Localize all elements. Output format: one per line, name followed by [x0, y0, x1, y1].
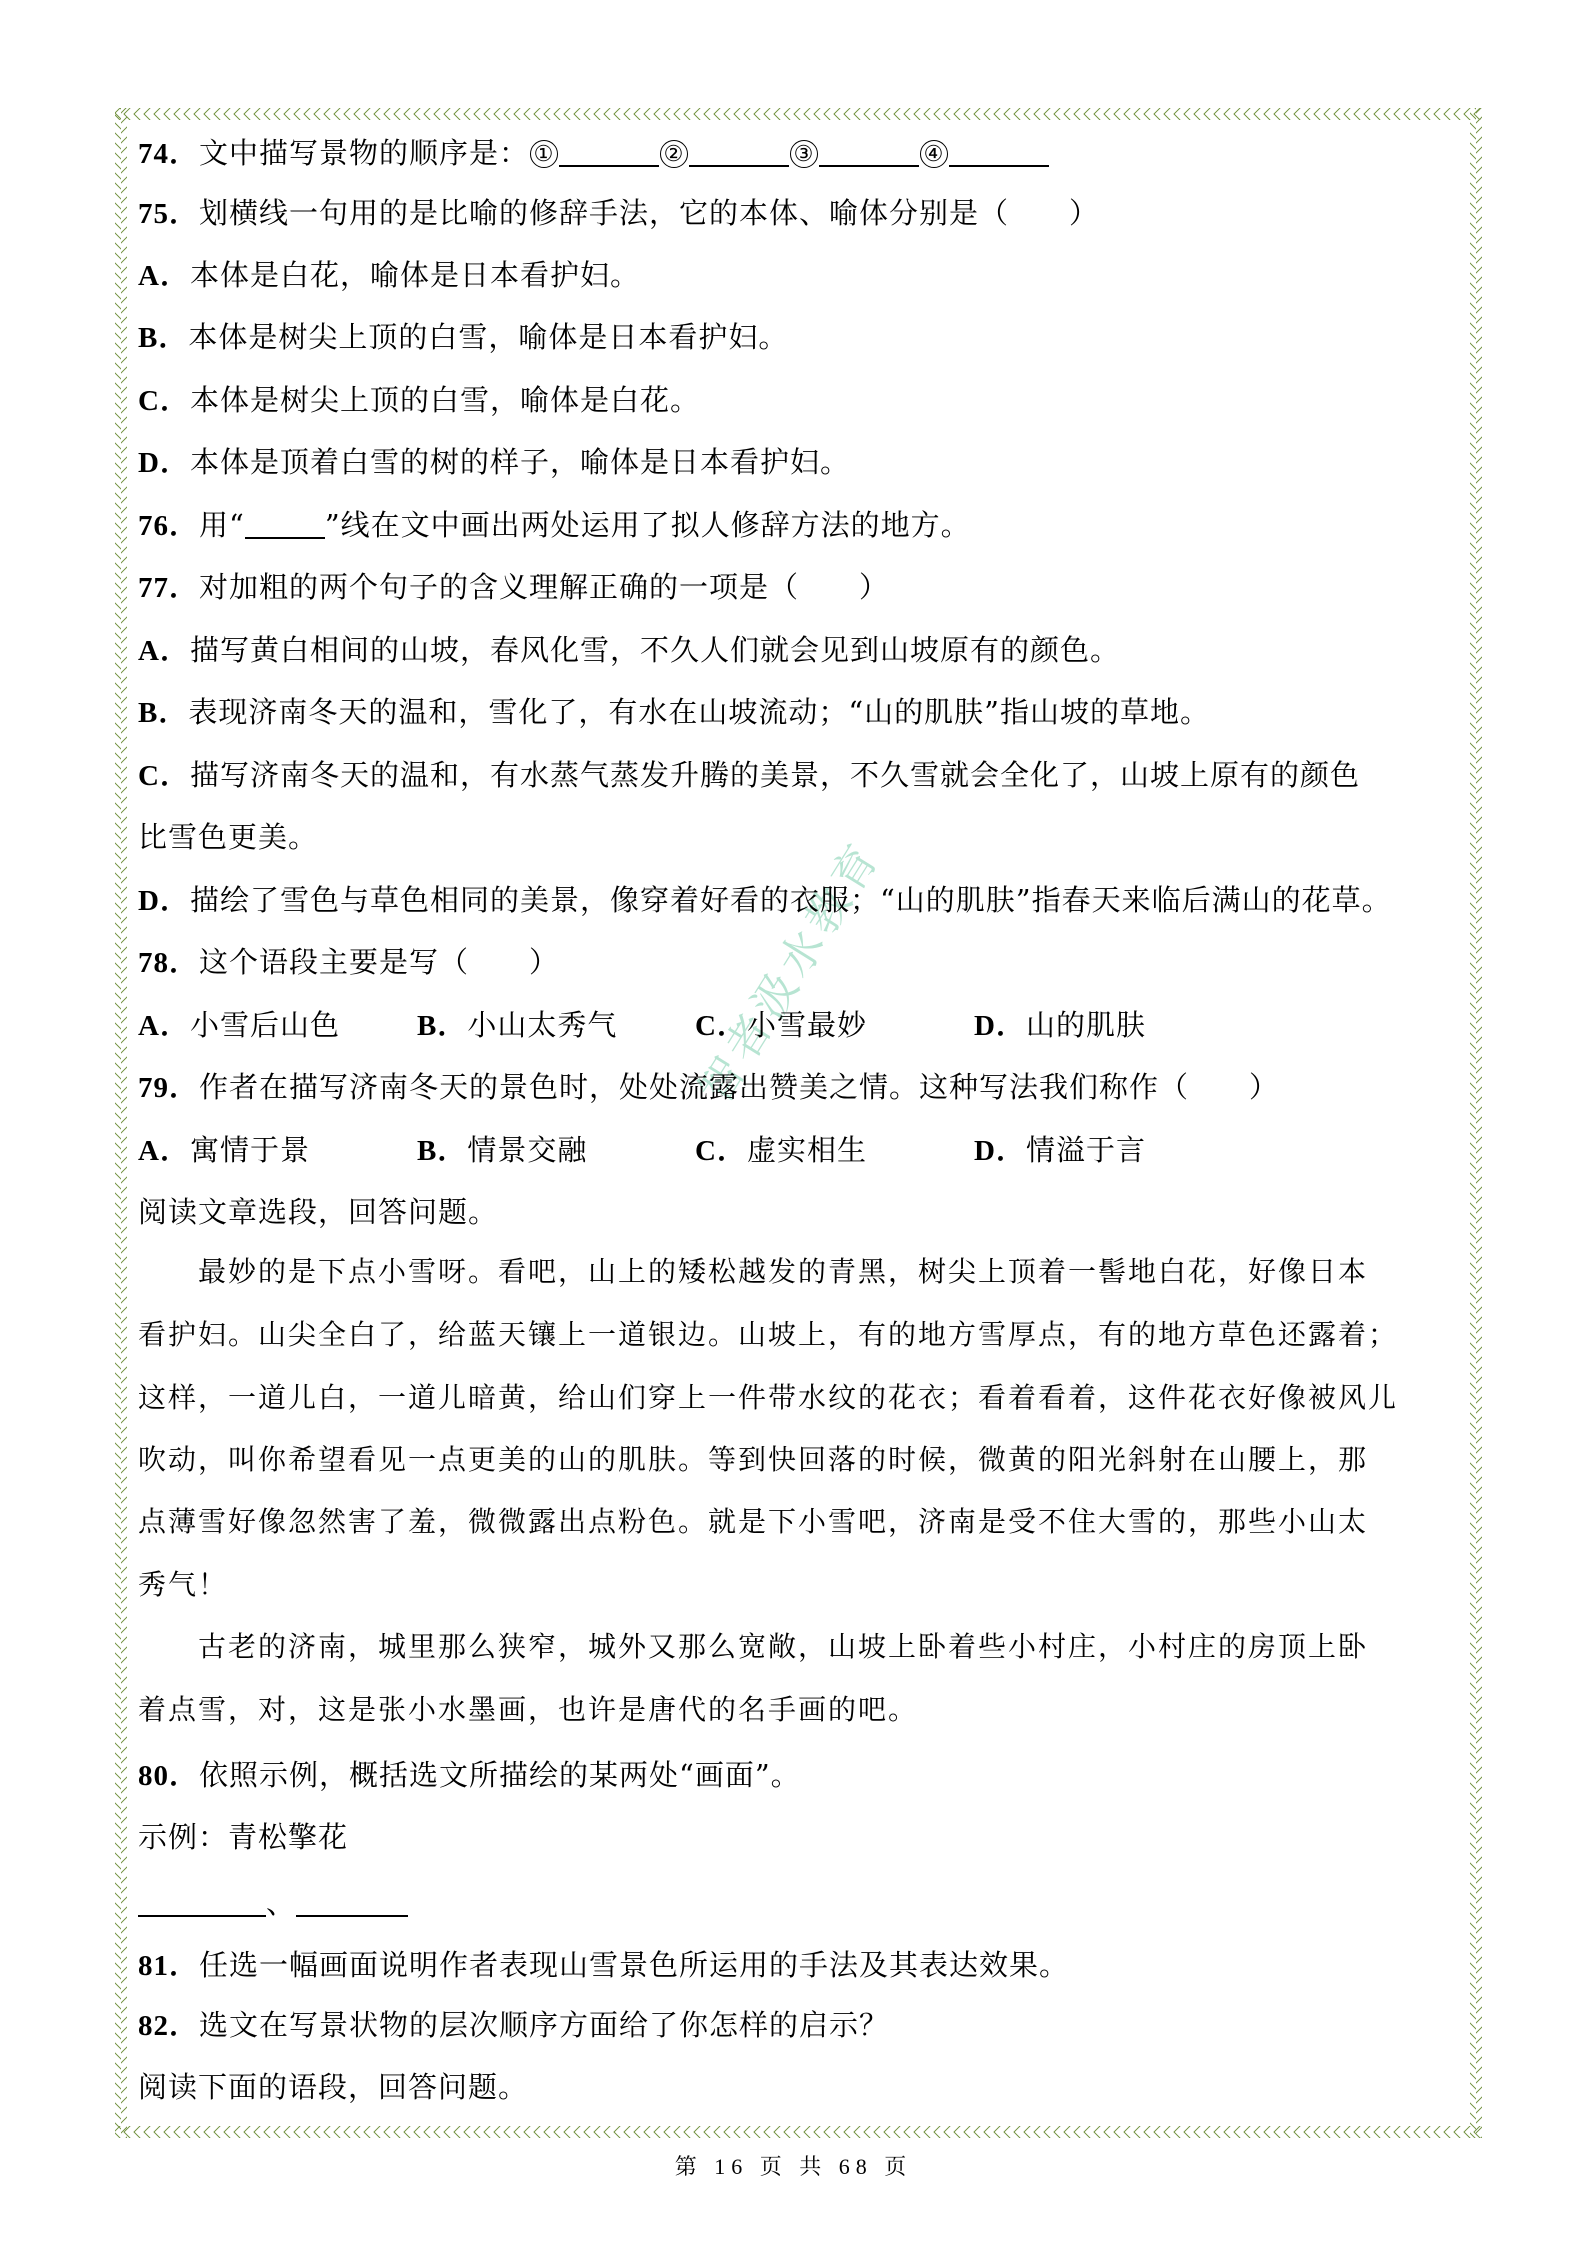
q78-option-d[interactable]: D．山的肌肤	[974, 1007, 1146, 1044]
circled-2: ②	[660, 140, 688, 168]
circled-4: ④	[920, 140, 948, 168]
reading-instruction: 阅读文章选段，回答问题。	[138, 1194, 498, 1230]
q79-option-a[interactable]: A．寓情于景	[138, 1132, 310, 1169]
answer-blank-4[interactable]	[949, 137, 1049, 167]
separator: 、	[266, 1886, 296, 1920]
question-82: 82．选文在写景状物的层次顺序方面给了你怎样的启示？	[138, 2007, 889, 2044]
q77-option-a[interactable]: A．描写黄白相间的山坡，春风化雪，不久人们就会见到山坡原有的颜色。	[138, 632, 1120, 669]
passage-line: 吹动，叫你希望看见一点更美的山的肌肤。等到快回落的时候，微黄的阳光斜射在山腰上，…	[138, 1442, 1368, 1478]
q78-option-c[interactable]: C．小雪最妙	[695, 1007, 867, 1044]
q77-option-d[interactable]: D．描绘了雪色与草色相同的美景，像穿着好看的衣服；“山的肌肤”指春天来临后满山的…	[138, 882, 1392, 919]
border-left	[115, 108, 127, 2138]
question-75: 75．划横线一句用的是比喻的修辞手法，它的本体、喻体分别是（ ）	[138, 195, 1099, 232]
passage-line: 着点雪，对，这是张小水墨画，也许是唐代的名手画的吧。	[138, 1692, 918, 1728]
question-74: 74．文中描写景物的顺序是：①②③④	[138, 135, 1049, 172]
border-right	[1470, 108, 1482, 2138]
answer-blank-scene-1[interactable]	[138, 1887, 266, 1917]
answer-blank-1[interactable]	[559, 137, 659, 167]
question-78: 78．这个语段主要是写（ ）	[138, 944, 559, 981]
underline-sample	[245, 509, 325, 539]
q77-option-c-continued: 比雪色更美。	[138, 819, 318, 855]
answer-blank-scene-2[interactable]	[296, 1887, 408, 1917]
passage-line: 这样，一道儿白，一道儿暗黄，给山们穿上一件带水纹的花衣；看着看着，这件花衣好像被…	[138, 1380, 1398, 1416]
q79-option-c[interactable]: C．虚实相生	[695, 1132, 867, 1169]
question-79: 79．作者在描写济南冬天的景色时，处处流露出赞美之情。这种写法我们称作（ ）	[138, 1069, 1279, 1106]
question-76: 76．用“”线在文中画出两处运用了拟人修辞方法的地方。	[138, 507, 971, 544]
q77-option-c[interactable]: C．描写济南冬天的温和，有水蒸气蒸发升腾的美景，不久雪就会全化了，山坡上原有的颜…	[138, 757, 1360, 794]
reading-instruction-2: 阅读下面的语段，回答问题。	[138, 2069, 528, 2105]
q78-option-a[interactable]: A．小雪后山色	[138, 1007, 340, 1044]
passage-line: 秀气！	[138, 1567, 228, 1603]
passage-line: 点薄雪好像忽然害了羞，微微露出点粉色。就是下小雪吧，济南是受不住大雪的，那些小山…	[138, 1504, 1368, 1540]
question-81: 81．任选一幅画面说明作者表现山雪景色所运用的手法及其表达效果。	[138, 1947, 1069, 1984]
answer-blank-3[interactable]	[819, 137, 919, 167]
border-bottom	[115, 2126, 1482, 2138]
border-top	[115, 108, 1482, 120]
q77-option-b[interactable]: B．表现济南冬天的温和，雪化了，有水在山坡流动；“山的肌肤”指山坡的草地。	[138, 694, 1210, 731]
q78-option-b[interactable]: B．小山太秀气	[417, 1007, 617, 1044]
q80-example: 示例：青松擎花	[138, 1819, 348, 1855]
circled-3: ③	[790, 140, 818, 168]
circled-1: ①	[530, 140, 558, 168]
q75-option-a[interactable]: A．本体是白花，喻体是日本看护妇。	[138, 257, 640, 294]
passage-line: 古老的济南，城里那么狭窄，城外又那么宽敞，山坡上卧着些小村庄，小村庄的房顶上卧	[198, 1629, 1368, 1665]
q75-option-c[interactable]: C．本体是树尖上顶的白雪，喻体是白花。	[138, 382, 700, 419]
passage-line: 看护妇。山尖全白了，给蓝天镶上一道银边。山坡上，有的地方雪厚点，有的地方草色还露…	[138, 1317, 1398, 1353]
page-number: 第 16 页 共 68 页	[0, 2150, 1587, 2181]
q79-option-b[interactable]: B．情景交融	[417, 1132, 587, 1169]
q79-option-d[interactable]: D．情溢于言	[974, 1132, 1146, 1169]
q80-answer-blanks: 、	[138, 1885, 408, 1921]
question-77: 77．对加粗的两个句子的含义理解正确的一项是（ ）	[138, 569, 889, 606]
question-80: 80．依照示例，概括选文所描绘的某两处“画面”。	[138, 1757, 801, 1794]
passage-line: 最妙的是下点小雪呀。看吧，山上的矮松越发的青黑，树尖上顶着一髻地白花，好像日本	[198, 1254, 1368, 1290]
answer-blank-2[interactable]	[689, 137, 789, 167]
q75-option-d[interactable]: D．本体是顶着白雪的树的样子，喻体是日本看护妇。	[138, 444, 850, 481]
q75-option-b[interactable]: B．本体是树尖上顶的白雪，喻体是日本看护妇。	[138, 319, 788, 356]
